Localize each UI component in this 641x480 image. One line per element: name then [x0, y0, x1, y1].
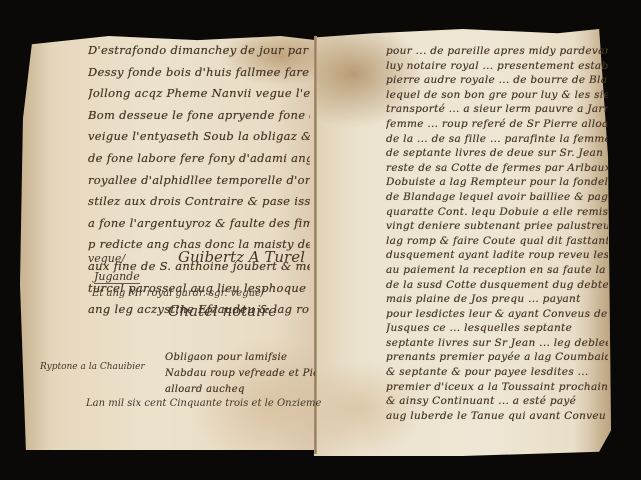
- chateau-signature: Chatel notaire: [168, 302, 277, 320]
- text-line: & septante & pour payee lesdites ...: [386, 365, 608, 380]
- text-line: & ainsy Continuant ... a esté payé: [386, 394, 608, 409]
- signature-label: Jugande: [94, 270, 140, 284]
- text-line: mais plaine de Jos prequ ... payant: [386, 292, 608, 307]
- text-line: prenants premier payée a lag Coumbaid en…: [386, 350, 608, 365]
- right-page-text: pour ... de pareille apres midy pardevan…: [386, 44, 608, 423]
- note-line: Et ang Mr royal gardr. sgr. vegue/: [92, 288, 264, 299]
- text-line: lequel de son bon gre pour luy & les sie…: [386, 88, 608, 103]
- text-line: au paiement la reception en sa faute la …: [386, 263, 608, 278]
- text-line: pierre audre royale ... de bourre de Bla…: [386, 73, 608, 88]
- text-line: luy notaire royal ... presentement estab…: [386, 59, 608, 74]
- text-line: premier d'iceux a la Toussaint prochain: [386, 380, 608, 395]
- text-line: pour ... de pareille apres midy pardevan…: [386, 44, 608, 59]
- text-line: de Blandage lequel avoir bailliee & pagl…: [386, 190, 608, 205]
- text-line: septante livres sur Sr Jean ... leg debl…: [386, 336, 608, 351]
- text-line: a fone l'argentuyroz & faulte des fimare…: [88, 213, 310, 235]
- text-line: de la ... de sa fille ... parafinte la f…: [386, 132, 608, 147]
- end-line: vegue/: [88, 252, 125, 265]
- edge-shadow: [20, 36, 50, 450]
- text-line: lag romp & faire Coute qual dit fasttant…: [386, 234, 608, 249]
- text-line: royallee d'alphidllee temporelle d'ordir…: [88, 170, 310, 192]
- text-line: veigue l'entyaseth Soub la obligaz & hip…: [88, 126, 310, 148]
- text-line: Nabdau roup vefreade et Pierre: [165, 366, 315, 382]
- text-line: Dobuiste a lag Rempteur pour la fondelle…: [386, 175, 608, 190]
- notary-signature: Guibertz A Turel: [178, 248, 305, 266]
- text-line: vingt deniere subtenant priee palustreut…: [386, 219, 608, 234]
- text-line: stilez aux drois Contraire & pase issue …: [88, 191, 310, 213]
- text-line: Jusques ce ... lesquelles septante: [386, 321, 608, 336]
- text-line: dusquement ayant ladite roup reveu les .…: [386, 248, 608, 263]
- text-line: quaratte Cont. lequ Dobuie a elle remise…: [386, 205, 608, 220]
- bottom-block: Obligaon pour lamifsie Nabdau roup vefre…: [165, 350, 315, 398]
- margin-note: Ryptone a la Chauibier: [40, 362, 145, 372]
- text-line: Dessy fonde bois d'huis fallmee fare per…: [88, 62, 310, 84]
- bottom-line: Lan mil six cent Cinquante trois et le O…: [86, 398, 321, 409]
- text-line: de septante livres de deue sur Sr. Jean …: [386, 146, 608, 161]
- text-line: D'estrafondo dimanchey de jour par aux a…: [88, 40, 310, 62]
- text-line: reste de sa Cotte de fermes par Arlbaux …: [386, 161, 608, 176]
- text-line: transporté ... a sieur lerm pauvre a Jar…: [386, 102, 608, 117]
- text-line: de fone labore fere fony d'adami ang Cou…: [88, 148, 310, 170]
- text-line: pour lesdictes leur & ayant Conveus de .…: [386, 307, 608, 322]
- text-line: aug luberde le Tanue qui avant Conveu ..…: [386, 409, 608, 424]
- text-line: femme ... roup referé de Sr Pierre alloa…: [386, 117, 608, 132]
- text-line: de la susd Cotte dusquement dug debte de…: [386, 278, 608, 293]
- text-line: Obligaon pour lamifsie: [165, 350, 315, 366]
- text-line: Jollong acqz Pheme Nanvii vegue l'estyfo…: [88, 83, 310, 105]
- text-line: alloard aucheq: [165, 382, 315, 398]
- text-line: Bom desseue le fone apryende fone d'espe…: [88, 105, 310, 127]
